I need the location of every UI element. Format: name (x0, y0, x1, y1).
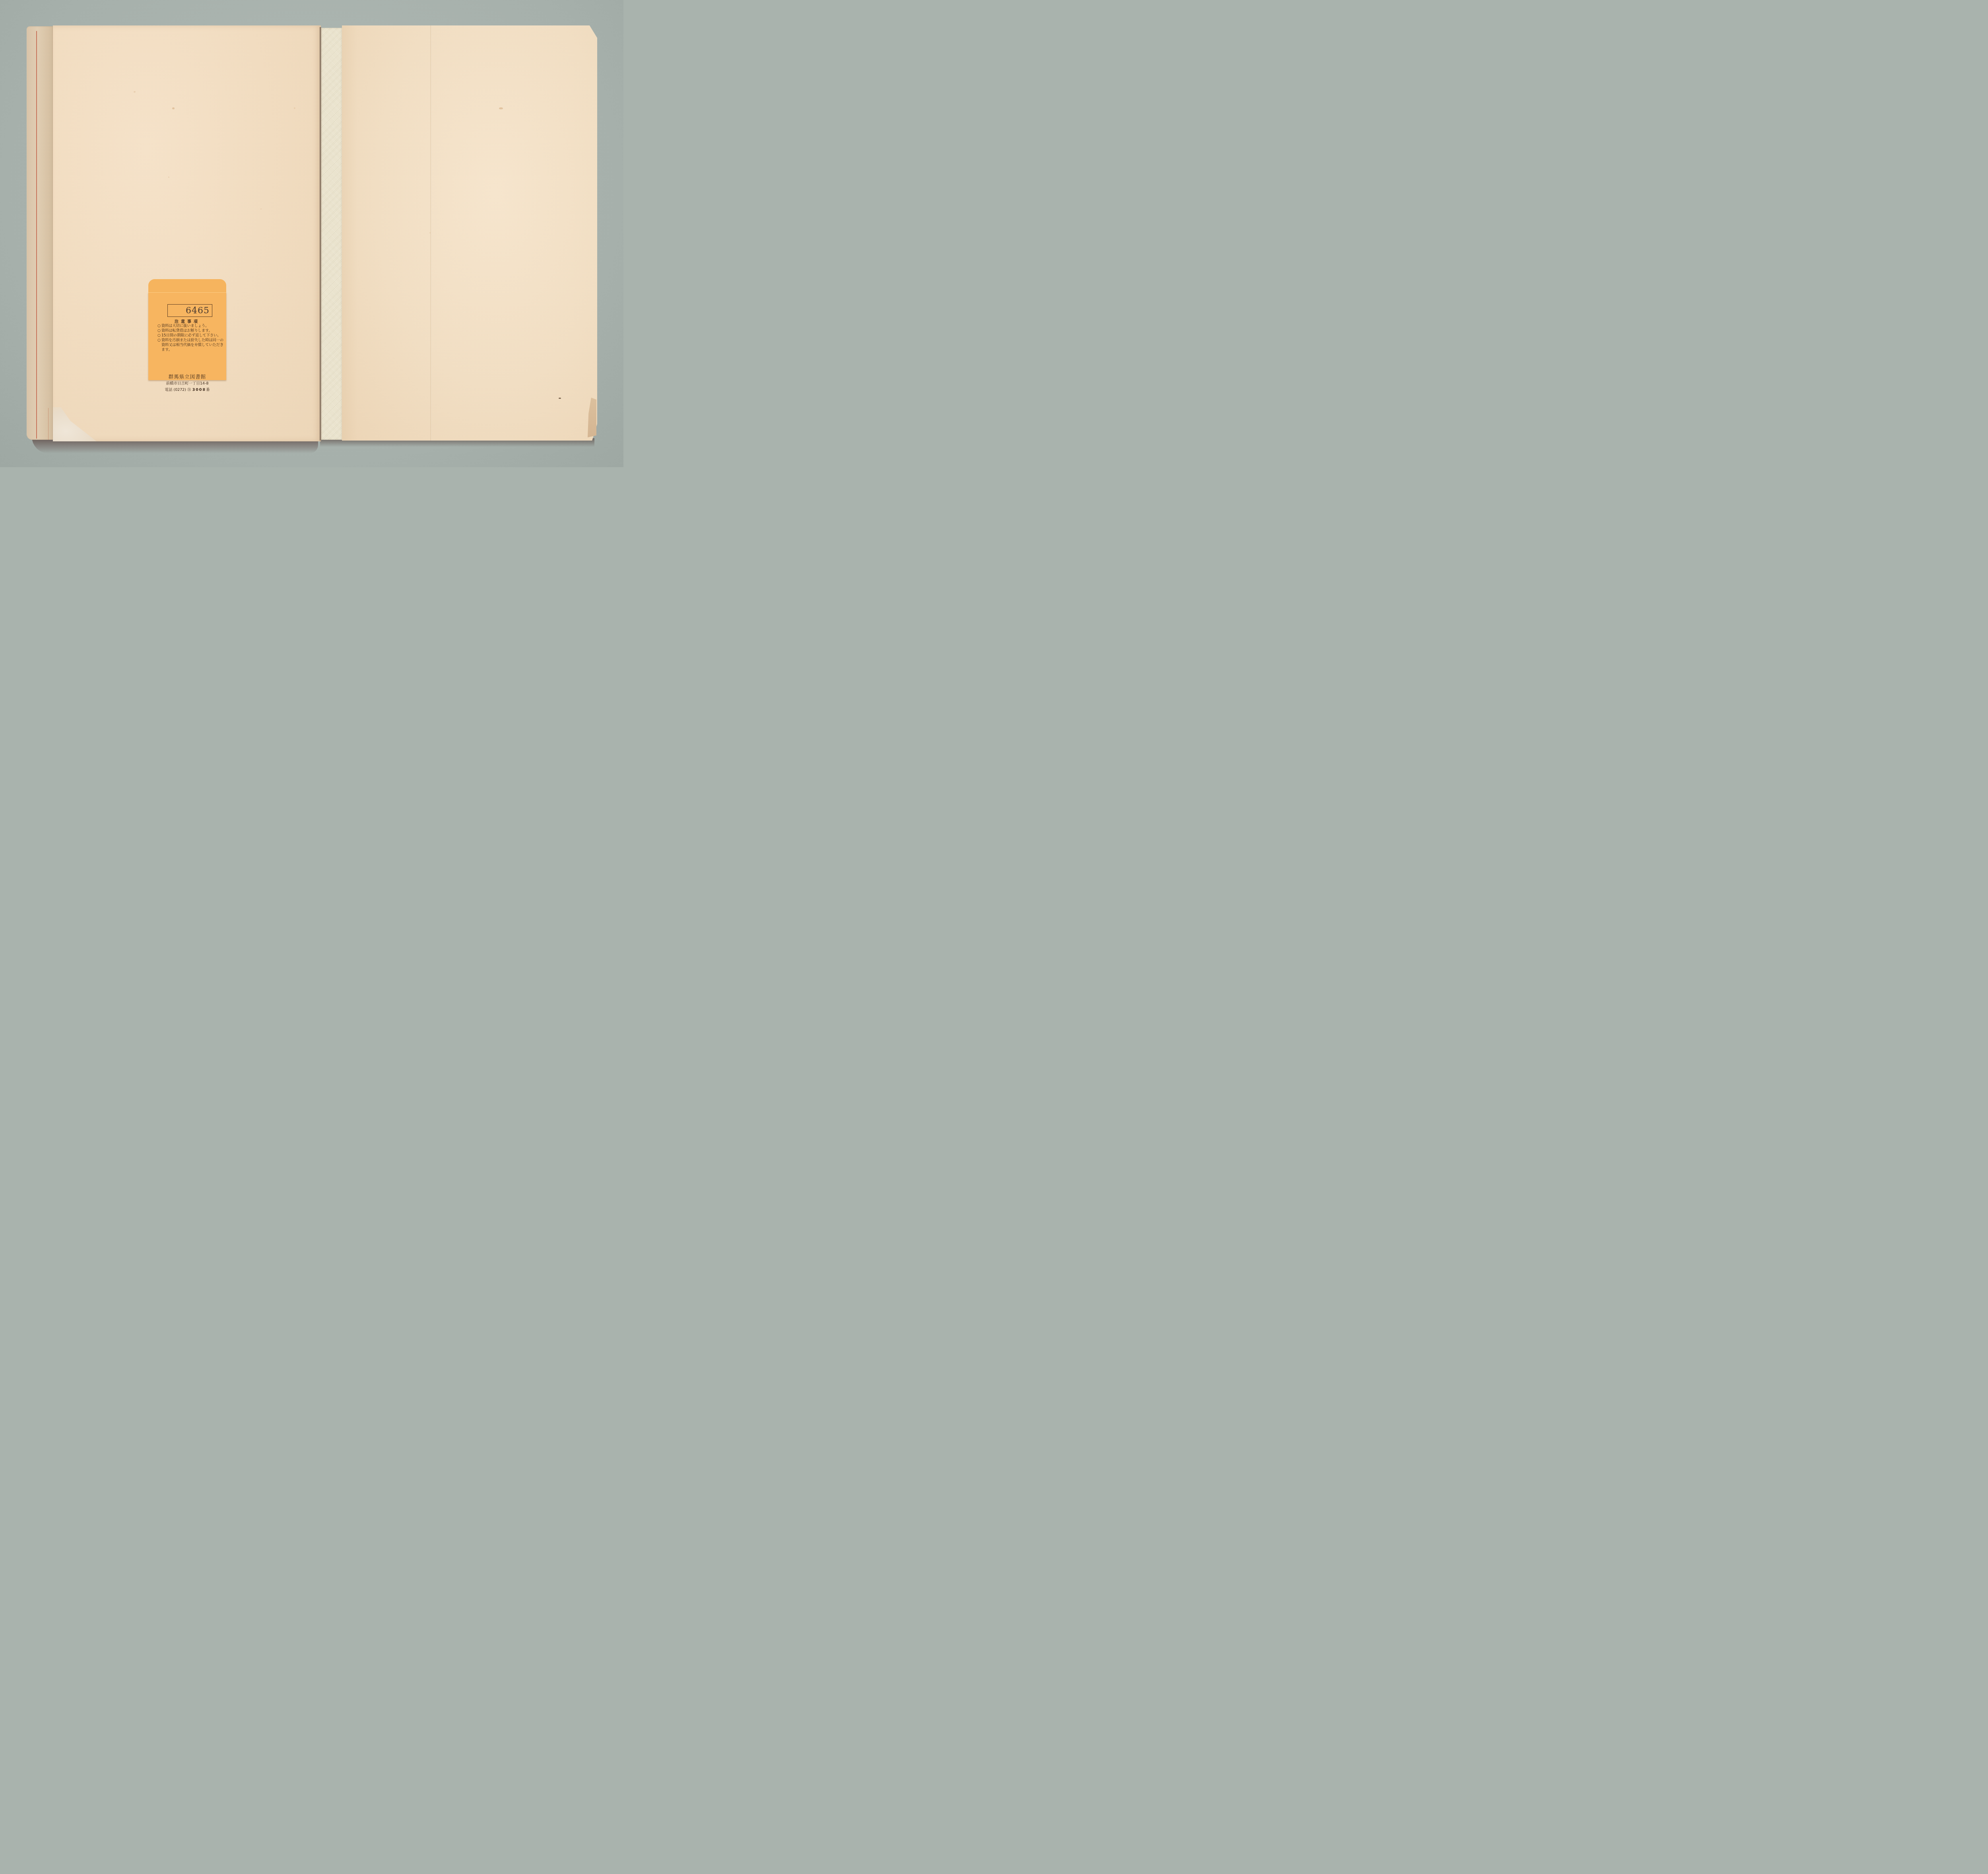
spine-cloth-tape (321, 28, 342, 440)
foxing-stain (559, 398, 561, 399)
notice-rule: ○ 資料を汚損または紛失した時は同一の資料又は相当代価を弁償していただきます。 (157, 338, 224, 352)
foxing-stain (172, 107, 175, 109)
library-address: 前橋市日吉町一丁目14-8 (148, 380, 226, 386)
notice-rule: ○ 資料は転貸借はお断りします。 (157, 328, 224, 333)
circle-bullet-icon: ○ (157, 328, 161, 333)
call-number-box: 6465 (167, 304, 212, 317)
foxing-stain (168, 177, 169, 178)
foxing-stain (499, 107, 503, 109)
notice-rule: ○ 15日間の期限に必ず返して下さい。 (157, 333, 224, 338)
library-card-pocket[interactable]: 6465 注意事項 ○ 資料は大切に扱いましょう。 ○ 資料は転貸借はお断りしま… (148, 279, 226, 380)
fore-edge-red-line-secondary (48, 408, 49, 440)
call-number: 6465 (186, 306, 210, 316)
circle-bullet-icon: ○ (157, 333, 161, 338)
library-phone: 電話 (0272) ㉛ 3008番 (148, 386, 226, 392)
notice-rule: ○ 資料は大切に扱いましょう。 (157, 324, 224, 328)
foxing-stain (260, 208, 262, 210)
page-fore-edge (27, 26, 54, 440)
fore-edge-red-line (36, 31, 37, 439)
foxing-stain (294, 107, 295, 109)
cover-fold-line (430, 25, 431, 441)
foxing-stain (134, 91, 136, 93)
scan-background: 6465 注意事項 ○ 資料は大切に扱いましょう。 ○ 資料は転貸借はお断りしま… (0, 0, 623, 467)
notice-rules: ○ 資料は大切に扱いましょう。 ○ 資料は転貸借はお断りします。 ○ 15日間の… (157, 324, 224, 352)
circle-bullet-icon: ○ (157, 324, 161, 328)
right-cover-inner (342, 25, 597, 441)
notice-heading: 注意事項 (148, 318, 226, 324)
library-name: 群馬県立図書館 (148, 373, 226, 380)
pocket-front: 6465 注意事項 ○ 資料は大切に扱いましょう。 ○ 資料は転貸借はお断りしま… (148, 292, 226, 380)
circle-bullet-icon: ○ (157, 338, 161, 343)
